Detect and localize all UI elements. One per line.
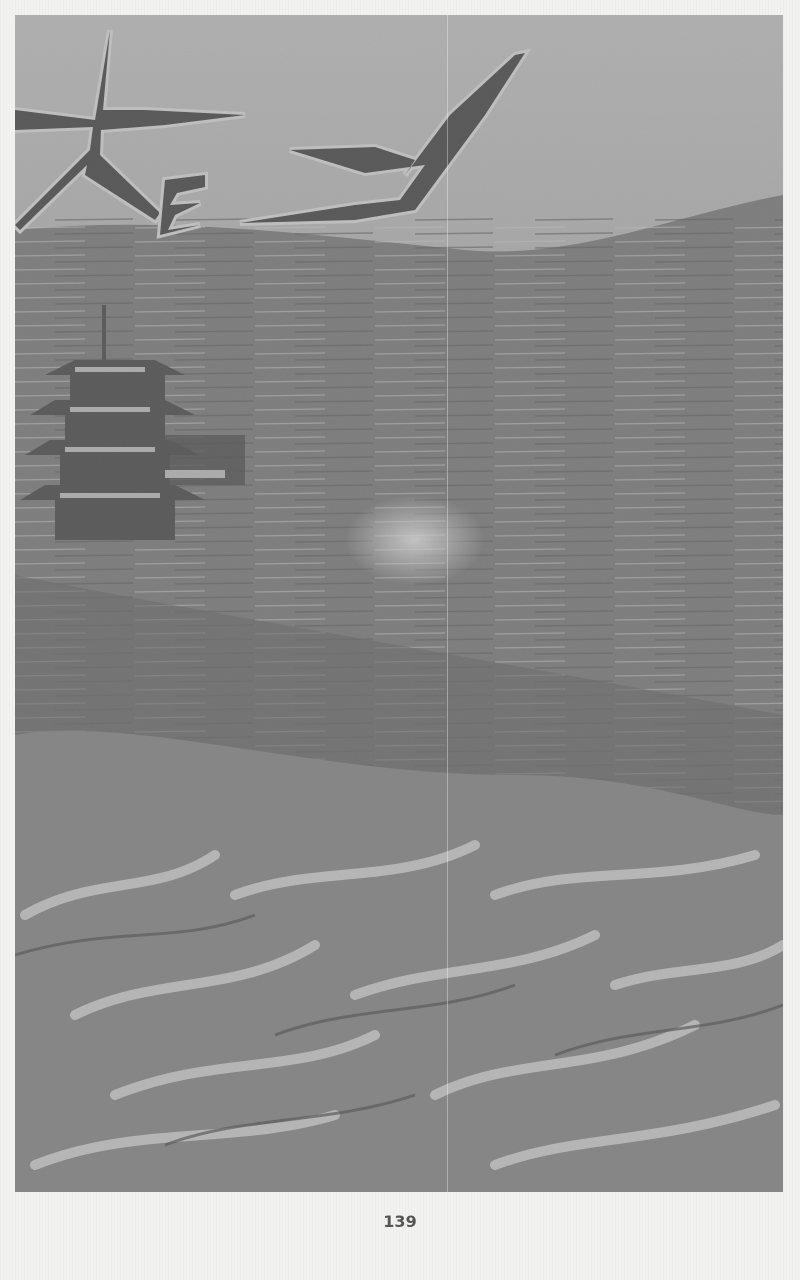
page-number: 139	[0, 1212, 800, 1231]
panel-artwork	[15, 15, 783, 1192]
scan-fold-line	[447, 15, 448, 1192]
art-panel	[15, 15, 783, 1192]
